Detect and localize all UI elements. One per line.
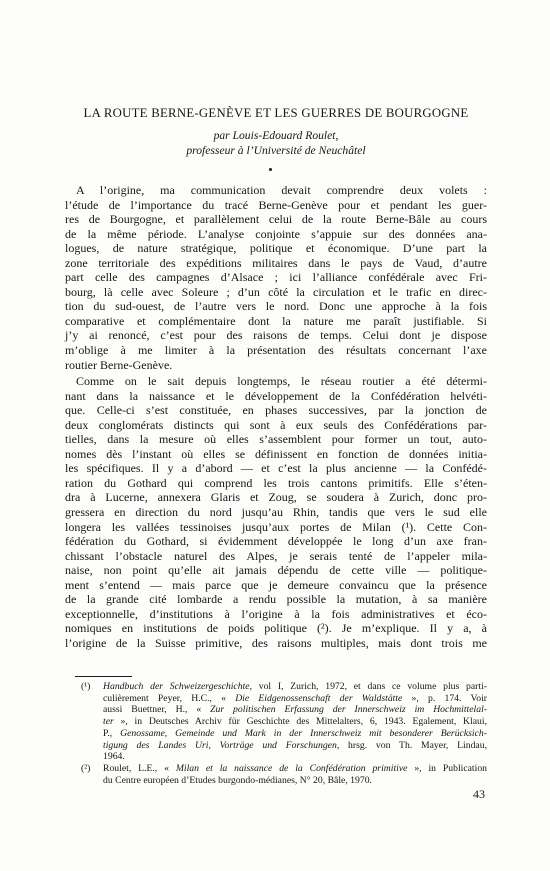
text-line: P., Genossame, Gemeinde und Mark in der …: [103, 728, 487, 740]
text-line: exceptionnelle, d’institutions à l’origi…: [65, 607, 487, 622]
text-line: nant dans la naissance et le développeme…: [65, 389, 487, 404]
text-line: tigung des Landes Uri, Vorträge und Fors…: [103, 740, 487, 752]
text-line: Handbuch der Schweizergeschichte, vol I,…: [103, 681, 487, 693]
article-title: LA ROUTE BERNE-GENÈVE ET LES GUERRES DE …: [65, 106, 487, 120]
text-line: deux conglomérats distincts qui sont à e…: [65, 418, 487, 433]
text-line: chissant l’obstacle naturel des Alpes, j…: [65, 549, 487, 564]
footnote: (²)Roulet, L.E., « Milan et la naissance…: [65, 763, 487, 786]
text-line: m’oblige à me limiter à la présentation …: [65, 343, 487, 358]
text-line: culièrement Peyer, H.C., « Die Eidgenoss…: [103, 693, 487, 705]
text-line: gressera en direction du nord jusqu’au R…: [65, 505, 487, 520]
text-line: de la même période. L’analyse conjointe …: [65, 227, 487, 242]
text-line: fédération du Gothard, si évidemment dév…: [65, 534, 487, 549]
text-line: logues, de nature stratégique, politique…: [65, 241, 487, 256]
text-line: que. Celle-ci s’est constituée, en phase…: [65, 403, 487, 418]
text-line: aussi Buettner, H., « Zur politischen Er…: [103, 704, 487, 716]
text-line: de la grande cité lombarde a rendu possi…: [65, 592, 487, 607]
text-line: Comme on le sait depuis longtemps, le ré…: [65, 374, 487, 389]
footnote-marker: (¹): [81, 681, 103, 763]
byline-author: par Louis-Edouard Roulet,: [65, 129, 487, 144]
text-line: tielles, dans la mesure où elles s’assem…: [65, 432, 487, 447]
text-line: bourg, là celle avec Soleure ; d’un côté…: [65, 285, 487, 300]
text-line: 1964.: [103, 751, 487, 763]
text-line: nomiques en institutions de poids politi…: [65, 621, 487, 636]
footnote-text: Handbuch der Schweizergeschichte, vol I,…: [103, 681, 487, 763]
text-line: l’étude de l’importance du tracé Berne-G…: [65, 198, 487, 213]
footnote: (¹)Handbuch der Schweizergeschichte, vol…: [65, 681, 487, 763]
footnote-section: (¹)Handbuch der Schweizergeschichte, vol…: [65, 676, 487, 786]
paragraph: A l’origine, ma communication devait com…: [65, 183, 487, 372]
text-line: part celle des campagnes d’Alsace ; ici …: [65, 270, 487, 285]
text-line: comparative et complémentaire dont la na…: [65, 314, 487, 329]
text-line: nomes dès l’instant où elles se définiss…: [65, 447, 487, 462]
footnote-marker: (²): [81, 763, 103, 786]
text-line: longera les vallées tessinoises jusqu’au…: [65, 520, 487, 535]
paragraph: Comme on le sait depuis longtemps, le ré…: [65, 374, 487, 650]
text-line: routier Berne-Genève.: [65, 358, 487, 373]
text-line: Roulet, L.E., « Milan et la naissance de…: [103, 763, 487, 775]
text-line: ter », in Deutsches Archiv für Geschicht…: [103, 716, 487, 728]
text-line: res de Bourgogne, et parallèlement celui…: [65, 212, 487, 227]
page-content: LA ROUTE BERNE-GENÈVE ET LES GUERRES DE …: [65, 0, 487, 871]
text-line: dra à Lucerne, annexera Glaris et Zoug, …: [65, 490, 487, 505]
footnote-text: Roulet, L.E., « Milan et la naissance de…: [103, 763, 487, 786]
text-line: du Centre européen d’Etudes burgondo-méd…: [103, 775, 487, 787]
text-line: j’y ai renoncé, c’est pour des raisons d…: [65, 328, 487, 343]
text-line: ment s’entend — mais parce que je demeur…: [65, 578, 487, 593]
body-text: A l’origine, ma communication devait com…: [65, 183, 487, 651]
separator-dot: [269, 168, 272, 171]
text-line: l’origine de la Suisse primitive, des ra…: [65, 636, 487, 651]
text-line: naise, non point qu’elle ait jamais dépe…: [65, 563, 487, 578]
page-number: 43: [473, 787, 485, 802]
text-line: les spécifiques. Il y a d’abord — et c’e…: [65, 461, 487, 476]
text-line: tion du sud-ouest, de l’autre vers le no…: [65, 299, 487, 314]
byline-role: professeur à l’Université de Neuchâtel: [65, 144, 487, 159]
article-header: LA ROUTE BERNE-GENÈVE ET LES GUERRES DE …: [65, 106, 487, 158]
text-line: ration du Gothard qui comprend les trois…: [65, 476, 487, 491]
text-line: A l’origine, ma communication devait com…: [65, 183, 487, 198]
text-line: zone territoriale des expéditions milita…: [65, 256, 487, 271]
document-page: LA ROUTE BERNE-GENÈVE ET LES GUERRES DE …: [0, 0, 550, 871]
footnote-list: (¹)Handbuch der Schweizergeschichte, vol…: [65, 681, 487, 786]
footnote-rule: [75, 676, 132, 677]
